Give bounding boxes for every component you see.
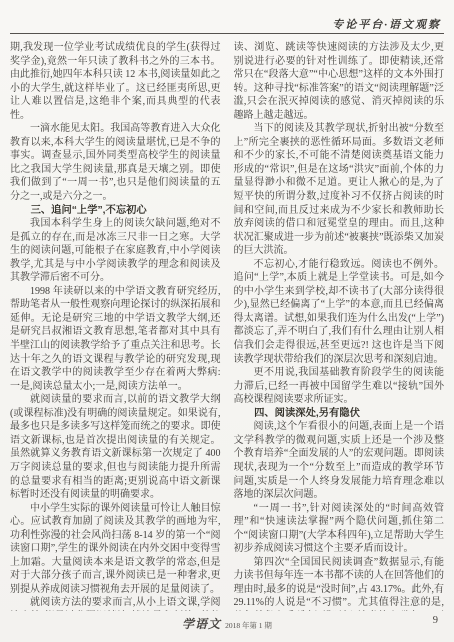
column-right: 读、浏览、跳读等快速阅读的方法涉及太少,更别说进行必要的针对性训练了。即使精读,… [234,41,445,611]
footer-journal-line: 学语文2018 年第 1 期 [0,615,454,633]
page-number: 9 [433,615,438,626]
paragraph: 更不用说,我国基础教育阶段学生的阅读能力滞后,已经一再被中国留学生难以“接轨”国… [234,366,445,407]
paragraph: 就阅读量的要求而言,以前的语文教学大纲(或课程标准)没有明确的阅读量规定。如果说… [10,393,221,501]
paragraph: “一周一书”,针对阅读深处的“时间高效管理”和“快速读法掌握”两个隐伏问题,抓住… [234,502,445,556]
paragraph: 第四次“全国国民阅读调查”数据显示,有能力读书但每年连一本书都不读的人在回答他们… [234,556,445,611]
paragraph: 就阅读方法的要求而言,从小上语文课,学阅读方法,都是过分强调精读(精读是必须的)… [10,596,221,611]
section-heading: 四、阅读深处,另有隐伏 [234,407,445,421]
header-rule [10,33,444,34]
paragraph: 不忘初心,才能行稳致远。阅读也不例外。追问“上学”,本质上就是上学堂读书。可是,… [234,258,445,366]
page-footer: 学语文2018 年第 1 期 9 [0,615,454,631]
article-body: 期,我发现一位学业考试成绩优良的学生(获得过奖学金),竟然一年只读了教科书之外的… [10,41,444,611]
paragraph: 期,我发现一位学业考试成绩优良的学生(获得过奖学金),竟然一年只读了教科书之外的… [10,41,221,122]
paragraph: 我国本科学生身上的阅读欠缺问题,绝对不是孤立的存在,而是冰冻三尺非一日之寒。大学… [10,217,221,285]
section-heading: 三、追问“上学”,不忘初心 [10,204,221,218]
journal-page: 专论平台·语文观察 期,我发现一位学业考试成绩优良的学生(获得过奖学金),竟然一… [0,0,454,642]
journal-name: 学语文 [182,617,221,631]
paragraph: 1998 年读研以来的中学语文教育研究经历,帮助笔者从一般性观察向理论探讨的纵深… [10,285,221,393]
paragraph: 一滴水能见太阳。我国高等教育进入大众化教育以来,本科大学生的阅读量堪忧,已是不争… [10,122,221,203]
paragraph: 读、浏览、跳读等快速阅读的方法涉及太少,更别说进行必要的针对性训练了。即使精读,… [234,41,445,122]
issue-info: 2018 年第 1 期 [225,621,272,630]
paragraph: 阅读,这个乍看很小的问题,表面上是一个语文学科教学的微观问题,实质上还是一个涉及… [234,420,445,501]
column-left: 期,我发现一位学业考试成绩优良的学生(获得过奖学金),竟然一年只读了教科书之外的… [10,41,221,611]
running-head: 专论平台·语文观察 [332,16,441,32]
paragraph: 中小学生实际的课外阅读量可怜让人触目惊心。应试教育加剧了阅读及其教学的画地为牢,… [10,502,221,597]
paragraph: 当下的阅读及其教学现状,折射出被“分数至上”所完全裹挟的恶性循环局面。多数语文老… [234,122,445,257]
